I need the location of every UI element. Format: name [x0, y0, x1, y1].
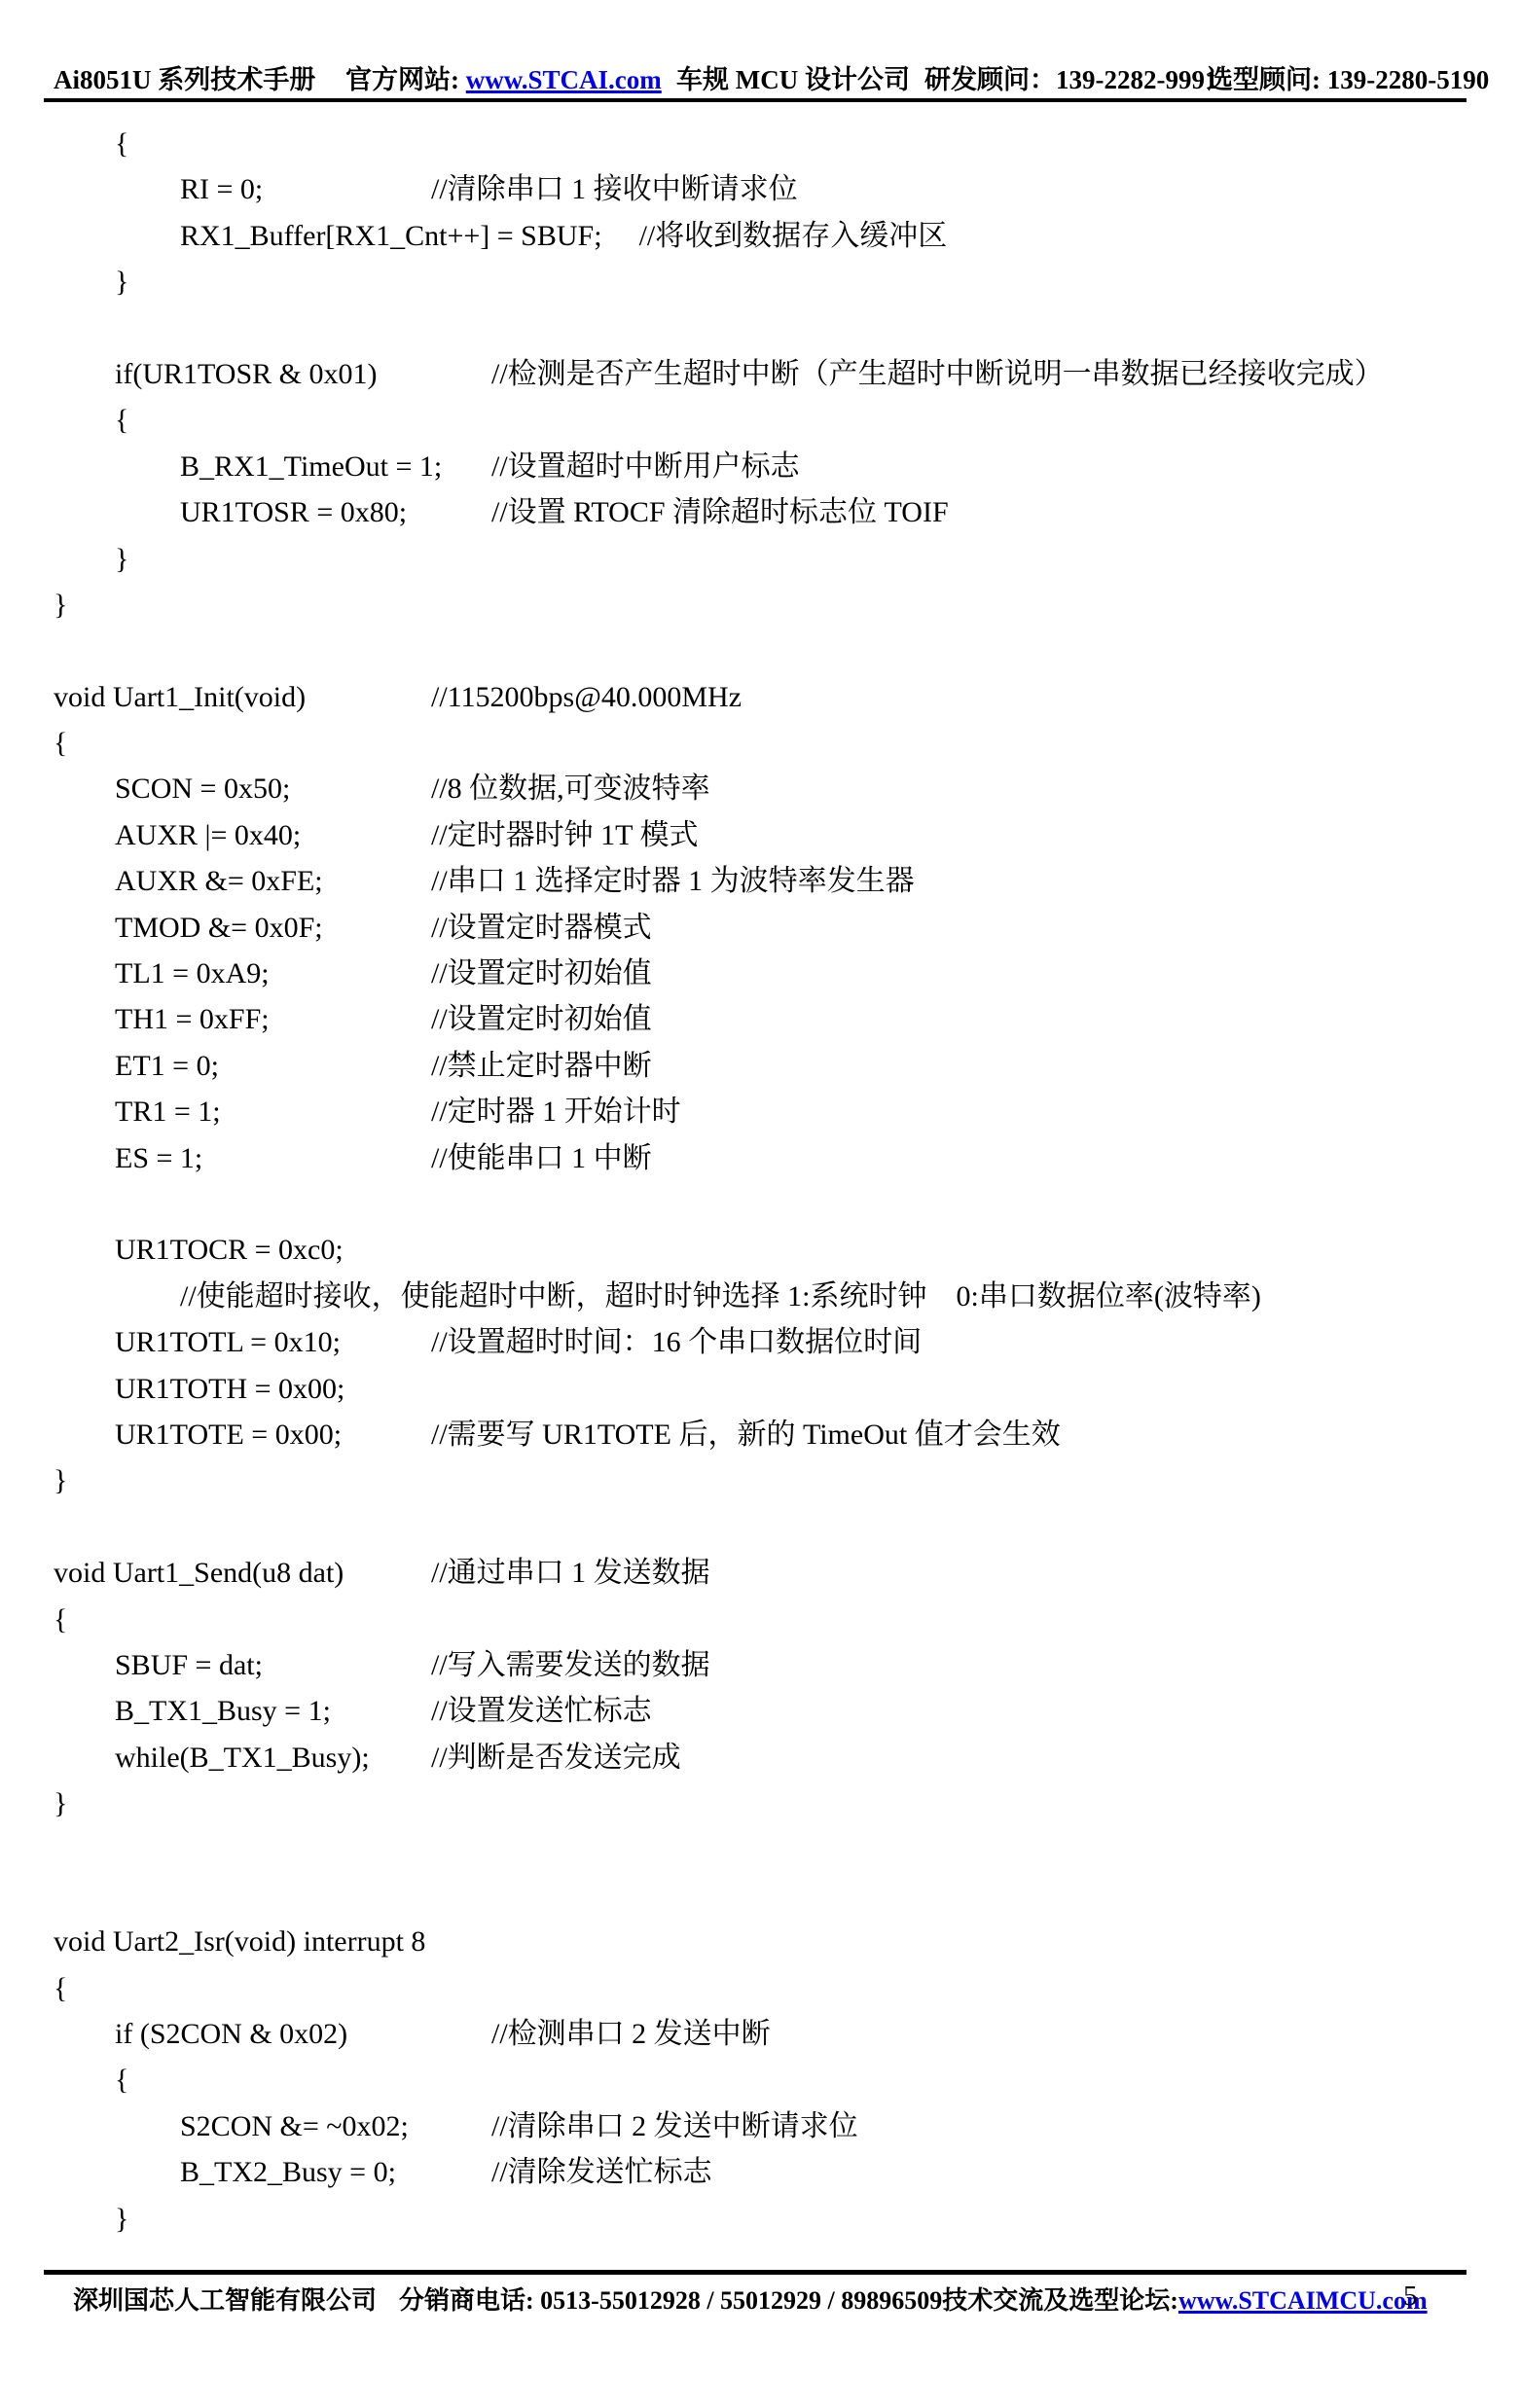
- distributor-phones: 分销商电话: 0513-55012928 / 55012929 / 898965…: [399, 2286, 1178, 2315]
- company-tagline: 车规 MCU 设计公司: [676, 58, 910, 96]
- code-line: {: [0, 397, 1521, 443]
- footer-company: 深圳国芯人工智能有限公司: [73, 2281, 377, 2317]
- code-line: {: [0, 121, 1521, 166]
- blank-line: [0, 305, 1521, 351]
- code-line: AUXR &= 0xFE;//串口 1 选择定时器 1 为波特率发生器: [0, 858, 1521, 904]
- code-line: void Uart1_Send(u8 dat)//通过串口 1 发送数据: [0, 1550, 1521, 1596]
- code-line: }: [0, 259, 1521, 305]
- code-line: }: [0, 1457, 1521, 1503]
- code-line: void Uart1_Init(void)//115200bps@40.000M…: [0, 674, 1521, 720]
- code-line: }: [0, 536, 1521, 582]
- comment-text: //清除串口 1 接收中断请求位: [431, 173, 798, 205]
- code-text: }: [54, 1780, 67, 1826]
- document-page: Ai8051U 系列技术手册 官方网站: www.STCAI.com 车规 MC…: [0, 0, 1521, 2408]
- official-site-group: 官方网站: www.STCAI.com: [345, 58, 662, 96]
- code-line: ES = 1;//使能串口 1 中断: [0, 1135, 1521, 1181]
- comment-text: //设置定时器模式: [431, 912, 652, 944]
- code-text: SCON = 0x50;: [115, 766, 394, 811]
- code-line: //使能超时接收，使能超时中断，超时时钟选择 1:系统时钟 0:串口数据位率(波…: [0, 1274, 1521, 1319]
- code-text: S2CON &= ~0x02;: [180, 2103, 454, 2149]
- comment-text: //使能串口 1 中断: [431, 1142, 652, 1174]
- code-text: if(UR1TOSR & 0x01): [115, 351, 454, 397]
- comment-text: //设置定时初始值: [431, 1003, 652, 1035]
- code-text: TR1 = 1;: [115, 1089, 394, 1134]
- comment-text: //设置发送忙标志: [431, 1695, 652, 1727]
- code-listing: {RI = 0;//清除串口 1 接收中断请求位RX1_Buffer[RX1_C…: [0, 121, 1521, 2242]
- code-text: }: [54, 1457, 67, 1503]
- code-text: }: [115, 536, 128, 582]
- code-text: SBUF = dat;: [115, 1642, 394, 1688]
- forum-link[interactable]: www.STCAIMCU.com: [1178, 2286, 1428, 2315]
- code-text: UR1TOTL = 0x10;: [115, 1319, 394, 1365]
- code-line: AUXR |= 0x40;//定时器时钟 1T 模式: [0, 812, 1521, 858]
- code-line: if (S2CON & 0x02)//检测串口 2 发送中断: [0, 2011, 1521, 2057]
- code-line: UR1TOSR = 0x80;//设置 RTOCF 清除超时标志位 TOIF: [0, 489, 1521, 535]
- comment-text: //检测串口 2 发送中断: [491, 2018, 771, 2050]
- code-text: UR1TOCR = 0xc0;: [115, 1227, 344, 1273]
- code-line: B_TX2_Busy = 0;//清除发送忙标志: [0, 2149, 1521, 2195]
- comment-text: //115200bps@40.000MHz: [431, 681, 742, 713]
- blank-line: [0, 1504, 1521, 1550]
- code-text: B_TX1_Busy = 1;: [115, 1688, 394, 1734]
- page-footer: 深圳国芯人工智能有限公司 分销商电话: 0513-55012928 / 5501…: [0, 2281, 1521, 2319]
- code-text: TH1 = 0xFF;: [115, 996, 394, 1042]
- comment-text: //设置超时时间：16 个串口数据位时间: [431, 1326, 922, 1358]
- code-line: UR1TOTH = 0x00;: [0, 1366, 1521, 1412]
- blank-line: [0, 1873, 1521, 1919]
- blank-line: [0, 1826, 1521, 1872]
- code-line: {: [0, 1597, 1521, 1642]
- code-text: {: [54, 720, 67, 766]
- code-text: {: [54, 1965, 67, 2011]
- code-line: }: [0, 2196, 1521, 2242]
- code-text: void Uart2_Isr(void) interrupt 8: [54, 1919, 425, 1964]
- code-line: RI = 0;//清除串口 1 接收中断请求位: [0, 166, 1521, 212]
- code-text: AUXR &= 0xFE;: [115, 858, 394, 904]
- comment-text: //串口 1 选择定时器 1 为波特率发生器: [431, 865, 915, 897]
- code-line: TL1 = 0xA9;//设置定时初始值: [0, 951, 1521, 996]
- code-text: {: [115, 121, 128, 166]
- code-line: {: [0, 2057, 1521, 2103]
- code-line: while(B_TX1_Busy);//判断是否发送完成: [0, 1735, 1521, 1780]
- code-line: if(UR1TOSR & 0x01)//检测是否产生超时中断（产生超时中断说明一…: [0, 351, 1521, 397]
- code-line: RX1_Buffer[RX1_Cnt++] = SBUF;//将收到数据存入缓冲…: [0, 213, 1521, 259]
- comment-text: //写入需要发送的数据: [431, 1649, 710, 1681]
- code-line: UR1TOTL = 0x10;//设置超时时间：16 个串口数据位时间: [0, 1319, 1521, 1365]
- code-text: AUXR |= 0x40;: [115, 812, 394, 858]
- comment-text: //设置定时初始值: [431, 957, 652, 989]
- comment-text: //清除串口 2 发送中断请求位: [491, 2110, 858, 2142]
- code-line: S2CON &= ~0x02;//清除串口 2 发送中断请求位: [0, 2103, 1521, 2149]
- code-line: {: [0, 720, 1521, 766]
- code-line: SBUF = dat;//写入需要发送的数据: [0, 1642, 1521, 1688]
- comment-text: //检测是否产生超时中断（产生超时中断说明一串数据已经接收完成）: [491, 358, 1384, 390]
- code-line: TH1 = 0xFF;//设置定时初始值: [0, 996, 1521, 1042]
- comment-text: //通过串口 1 发送数据: [431, 1557, 710, 1589]
- code-text: UR1TOTE = 0x00;: [115, 1412, 394, 1457]
- code-line: SCON = 0x50;//8 位数据,可变波特率: [0, 766, 1521, 811]
- header-divider-line: [44, 98, 1467, 102]
- code-text: while(B_TX1_Busy);: [115, 1735, 394, 1780]
- code-text: UR1TOTH = 0x00;: [115, 1366, 344, 1412]
- code-line: B_TX1_Busy = 1;//设置发送忙标志: [0, 1688, 1521, 1734]
- blank-line: [0, 1181, 1521, 1227]
- comment-text: //需要写 UR1TOTE 后，新的 TimeOut 值才会生效: [431, 1419, 1061, 1451]
- code-text: void Uart1_Init(void): [54, 674, 394, 720]
- code-line: }: [0, 1780, 1521, 1826]
- code-text: void Uart1_Send(u8 dat): [54, 1550, 394, 1596]
- code-line: UR1TOTE = 0x00;//需要写 UR1TOTE 后，新的 TimeOu…: [0, 1412, 1521, 1457]
- manual-title: Ai8051U 系列技术手册: [54, 58, 315, 96]
- blank-line: [0, 628, 1521, 673]
- code-text: }: [115, 2196, 128, 2242]
- page-number: 5: [1403, 2281, 1418, 2313]
- code-line: ET1 = 0;//禁止定时器中断: [0, 1043, 1521, 1089]
- footer-middle-group: 分销商电话: 0513-55012928 / 55012929 / 898965…: [399, 2281, 1428, 2317]
- code-text: {: [115, 397, 128, 443]
- code-line: B_RX1_TimeOut = 1;//设置超时中断用户标志: [0, 444, 1521, 489]
- official-site-label: 官方网站:: [345, 65, 466, 94]
- code-line: TR1 = 1;//定时器 1 开始计时: [0, 1089, 1521, 1134]
- code-line: UR1TOCR = 0xc0;: [0, 1227, 1521, 1273]
- comment-text: //定时器时钟 1T 模式: [431, 819, 698, 851]
- code-text: B_TX2_Busy = 0;: [180, 2149, 454, 2195]
- code-text: RI = 0;: [180, 166, 394, 212]
- comment-text: //定时器 1 开始计时: [431, 1096, 681, 1128]
- code-text: }: [54, 582, 67, 628]
- rd-contact: 研发顾问：139-2282-9991: [924, 58, 1217, 96]
- selection-contact: 选型顾问: 139-2280-5190: [1207, 58, 1489, 96]
- comment-text: //清除发送忙标志: [491, 2156, 712, 2188]
- comment-text: //设置超时中断用户标志: [491, 450, 800, 483]
- code-text: }: [115, 259, 128, 305]
- comment-text: //将收到数据存入缓冲区: [639, 220, 948, 252]
- footer-divider-line: [44, 2270, 1467, 2275]
- code-text: UR1TOSR = 0x80;: [180, 489, 454, 535]
- comment-text: //禁止定时器中断: [431, 1050, 652, 1082]
- code-text: {: [54, 1597, 67, 1642]
- code-text: {: [115, 2057, 128, 2103]
- code-text: ES = 1;: [115, 1135, 394, 1181]
- code-text: RX1_Buffer[RX1_Cnt++] = SBUF;: [180, 213, 602, 259]
- code-text: TL1 = 0xA9;: [115, 951, 394, 996]
- official-site-link[interactable]: www.STCAI.com: [466, 65, 662, 94]
- code-line: {: [0, 1965, 1521, 2011]
- page-header: Ai8051U 系列技术手册 官方网站: www.STCAI.com 车规 MC…: [0, 58, 1521, 97]
- code-text: ET1 = 0;: [115, 1043, 394, 1089]
- code-text: TMOD &= 0x0F;: [115, 905, 394, 951]
- code-line: TMOD &= 0x0F;//设置定时器模式: [0, 905, 1521, 951]
- code-text: B_RX1_TimeOut = 1;: [180, 444, 454, 489]
- code-line: void Uart2_Isr(void) interrupt 8: [0, 1919, 1521, 1964]
- code-text: if (S2CON & 0x02): [115, 2011, 454, 2057]
- code-text: //使能超时接收，使能超时中断，超时时钟选择 1:系统时钟 0:串口数据位率(波…: [180, 1274, 1261, 1319]
- comment-text: //8 位数据,可变波特率: [431, 773, 710, 805]
- comment-text: //判断是否发送完成: [431, 1742, 681, 1774]
- code-line: }: [0, 582, 1521, 628]
- comment-text: //设置 RTOCF 清除超时标志位 TOIF: [491, 496, 949, 528]
